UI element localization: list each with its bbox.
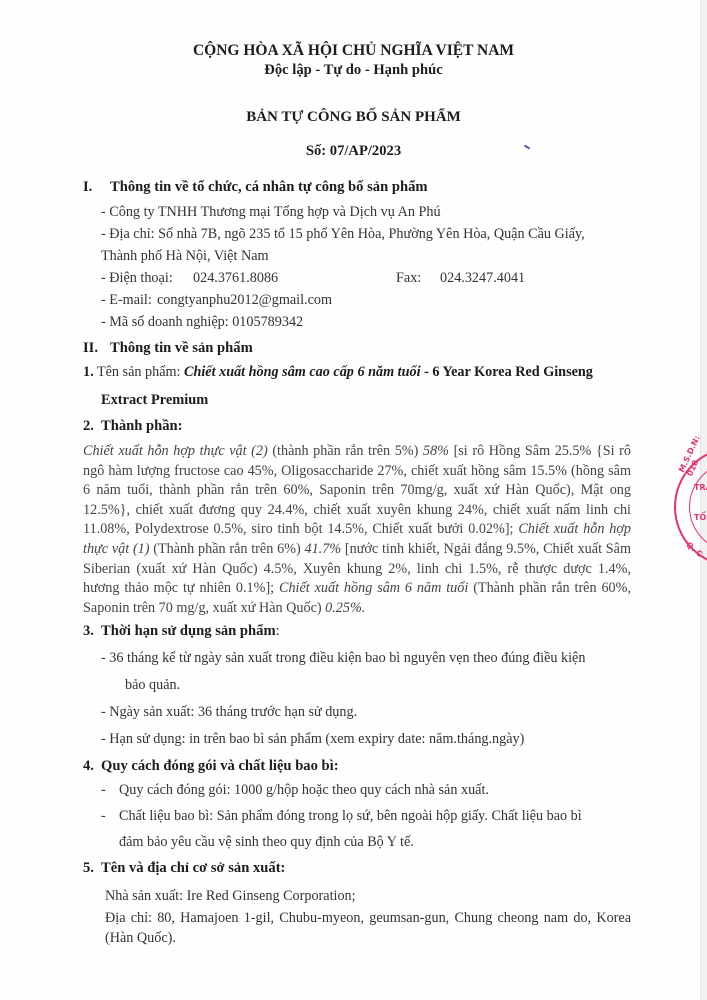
- composition-segment: 58%: [423, 443, 449, 459]
- product-name-line: 1. Tên sản phẩm: Chiết xuất hồng sâm cao…: [83, 364, 593, 381]
- fax-label: Fax:: [396, 270, 421, 287]
- section2-title: Thông tin về sản phẩm: [110, 340, 253, 357]
- product-name-en: 6 Year Korea Red Ginseng: [432, 364, 593, 380]
- shelf-life-line1: - 36 tháng kể từ ngày sản xuất trong điề…: [101, 650, 585, 667]
- shelf-life-line1-cont: bảo quản.: [125, 677, 180, 694]
- document-title: BẢN TỰ CÔNG BỐ SẢN PHẨM: [0, 109, 707, 126]
- composition-segment: 41.7%: [304, 541, 341, 557]
- composition-segment: 0.25%.: [325, 600, 365, 616]
- manufacturer-line: Nhà sản xuất: Ire Red Ginseng Corporatio…: [105, 888, 356, 905]
- company-name: - Công ty TNHH Thương mại Tổng hợp và Dị…: [101, 204, 441, 221]
- item3-colon: :: [276, 623, 280, 639]
- product-name-label: Tên sản phẩm:: [97, 364, 181, 380]
- product-name-vi: Chiết xuất hồng sâm cao cấp 6 năm tuổi: [184, 364, 421, 380]
- composition-segment: Chiết xuất hỗn hợp thực vật (2): [83, 443, 268, 459]
- packaging-spec: Quy cách đóng gói: 1000 g/hộp hoặc theo …: [119, 782, 489, 799]
- fax-value: 024.3247.4041: [440, 270, 525, 287]
- item1-number: 1.: [83, 364, 94, 380]
- item3-title: Thời hạn sử dụng sản phẩm: [101, 623, 276, 639]
- section1-title: Thông tin về tổ chức, cá nhân tự công bố…: [110, 179, 428, 196]
- manufacturer-address: Địa chỉ: 80, Hamajoen 1-gil, Chubu-myeon…: [105, 908, 631, 948]
- product-name-separator: -: [421, 364, 433, 380]
- packaging-material-cont: đảm bảo yêu cầu vệ sinh theo quy định củ…: [119, 834, 414, 851]
- composition-paragraph: Chiết xuất hỗn hợp thực vật (2) (thành p…: [83, 442, 631, 618]
- bullet: -: [101, 782, 106, 799]
- item5-title: Tên và địa chỉ cơ sở sản xuất:: [101, 860, 285, 877]
- manufacturer-label: Nhà sản xuất:: [105, 888, 183, 904]
- national-title: CỘNG HÒA XÃ HỘI CHỦ NGHĨA VIỆT NAM: [0, 42, 707, 60]
- section2-number: II.: [83, 340, 98, 357]
- manufacturer-name: Ire Red Ginseng Corporation;: [187, 888, 356, 904]
- motto: Độc lập - Tự do - Hạnh phúc: [0, 62, 707, 79]
- manufacture-date: - Ngày sản xuất: 36 tháng trước hạn sử d…: [101, 704, 357, 721]
- composition-segment: (thành phần rắn trên 5%): [268, 443, 423, 459]
- composition-segment: (Thành phần rắn trên 6%): [150, 541, 305, 557]
- composition-segment: Chiết xuất hồng sâm 6 năm tuổi: [279, 580, 468, 596]
- business-code: - Mã số doanh nghiệp: 0105789342: [101, 314, 303, 331]
- address-line1: - Địa chỉ: Số nhà 7B, ngõ 235 tổ 15 phố …: [101, 226, 585, 243]
- item2-number: 2.: [83, 418, 94, 435]
- item5-number: 5.: [83, 860, 94, 877]
- email-value: congtyanphu2012@gmail.com: [157, 292, 332, 309]
- phone-label: - Điện thoại:: [101, 270, 173, 287]
- item4-number: 4.: [83, 758, 94, 775]
- email-label: - E-mail:: [101, 292, 152, 309]
- document-number: Số: 07/AP/2023: [0, 143, 707, 160]
- stamp-text: TỔ: [694, 513, 706, 522]
- packaging-material: Chất liệu bao bì: Sản phẩm đóng trong lọ…: [119, 808, 582, 825]
- item4-title: Quy cách đóng gói và chất liệu bao bì:: [101, 758, 339, 775]
- expiry-date: - Hạn sử dụng: in trên bao bì sản phẩm (…: [101, 731, 524, 748]
- product-name-en-cont: Extract Premium: [101, 392, 208, 409]
- item3-heading: Thời hạn sử dụng sản phẩm:: [101, 623, 280, 640]
- section1-number: I.: [83, 179, 92, 196]
- address-line2: Thành phố Hà Nội, Việt Nam: [101, 248, 269, 265]
- stamp-text: TRÁ: [694, 483, 707, 492]
- phone-value: 024.3761.8086: [193, 270, 278, 287]
- item3-number: 3.: [83, 623, 94, 640]
- item2-title: Thành phần:: [101, 418, 183, 435]
- bullet: -: [101, 808, 106, 825]
